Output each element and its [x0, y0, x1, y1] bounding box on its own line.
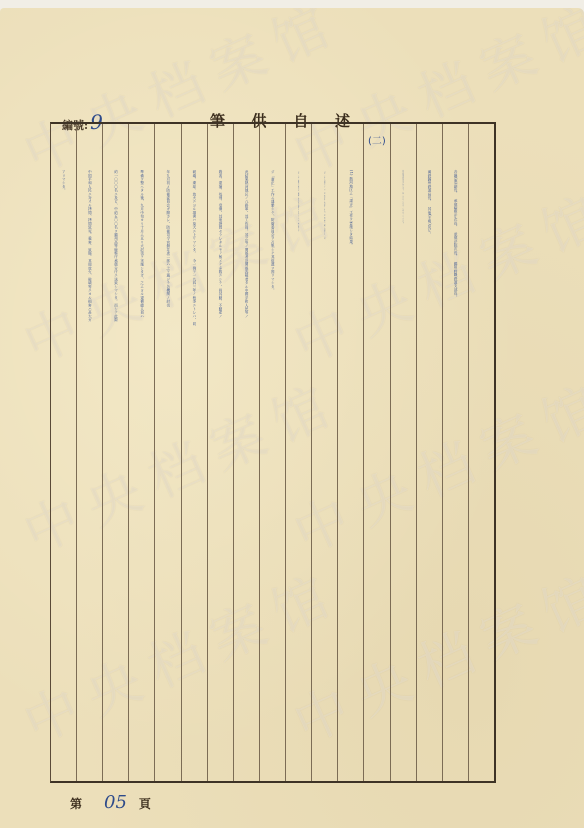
- column-text: 年九月初メ防衛委員会ガ開カレ、防衛司令官磐井虎二郎ハ之ヲ通ジテ各機関ノ討伐: [166, 124, 170, 781]
- text-column: 此結果熱河地区ノ八路軍、其工作員、其之等ノ関係者及関係容疑者タル中國平和人民等ノ: [233, 124, 259, 781]
- column-text: アリマシタ。: [62, 124, 66, 781]
- text-column: 年九月初メ防衛委員会ガ開カレ、防衛司令官磐井虎二郎ハ之ヲ通ジテ各機関ノ討伐: [154, 124, 180, 781]
- text-column: 準備ヲ整ヘタル後、九月中旬ヨリ十月ニ亘リ大討伐ヲ実施シタガ、之ニヨル逮捕總人員ハ: [128, 124, 154, 781]
- column-text: 満鉄錦州鉄道局長。 其他(不明)及ビ、: [427, 124, 431, 781]
- column-text: 約一〇〇〇名ニ及ビ、中約五〇〇名ヲ錦州高等檢察庁承德分庁ニ送致シマシタ。而シテ此…: [114, 124, 118, 781]
- document-page: 中央档案馆 中央档案馆 中央档案馆 中央档案馆 中央档案馆 中央档案馆 中央档案…: [0, 8, 584, 828]
- text-column: 破壊、棄却、放火ニヨル損害ハ莫大ニ上リマシタ。 今一例ヲ一九四三年ノ秋季ニトレバ…: [181, 124, 207, 781]
- text-column: 約一〇〇〇名ニ及ビ、中約五〇〇名ヲ錦州高等檢察庁承德分庁ニ送致シマシタ。而シテ此…: [102, 124, 128, 781]
- text-column: 錦州鉄道警護隊(旅)長 原 弘志 (一九四二年七月二九日ヨリ一九四五年三月一五日…: [390, 124, 416, 781]
- column-text: 「粛正」工作ハ防衛司令官磐井虎二郎指導ノ許ニ絶エズ実施セラレタルモノニシテ、彼ハ…: [298, 124, 299, 781]
- text-column: 満鉄錦州鉄道局長。 其他(不明)及ビ、: [416, 124, 442, 781]
- manuscript-grid: 各縣(旗)副長。 承德檢察庁次長。 承德法院次長。 錦州野戰鉄道支部長。満鉄錦州…: [50, 122, 496, 783]
- column-text: 錦州鉄道警護隊(旅)長 原 弘志 (一九四二年七月二九日ヨリ一九四五年三月一五日…: [402, 124, 403, 781]
- column-text: 破壊、棄却、放火ニヨル損害ハ莫大ニ上リマシタ。 今一例ヲ一九四三年ノ秋季ニトレバ…: [192, 124, 196, 781]
- page-prefix: 第: [70, 795, 82, 812]
- column-text: 準備ヲ整ヘタル後、九月中旬ヨリ十月ニ亘リ大討伐ヲ実施シタガ、之ニヨル逮捕總人員ハ: [140, 124, 144, 781]
- text-column: ジ「粛正」工作ニ連繋シテ、防衛委員会ヲ召集シテ其促進ヲ図リマシタ。: [259, 124, 285, 781]
- column-text: 此結果熱河地区ノ八路軍、其工作員、其之等ノ関係者及関係容疑者タル中國平和人民等ノ: [245, 124, 249, 781]
- text-column: 各縣(旗)副長。 承德檢察庁次長。 承德法院次長。 錦州野戰鉄道支部長。: [442, 124, 468, 781]
- text-column: (1) 熱河地区ニ「粛正」工作ヲ實施シタ結果。: [337, 124, 363, 781]
- column-text: 各縣(旗)副長。 承德檢察庁次長。 承德法院次長。 錦州野戰鉄道支部長。: [454, 124, 458, 781]
- column-text: 殺害、逮捕、処刑、受傷、其他拷問セラレタルモノ極メテ多数ニシテ、尚其動、不動產ノ: [218, 124, 222, 781]
- text-column: [468, 124, 494, 781]
- text-column: (二): [363, 124, 389, 781]
- text-column: アリマシタ。: [51, 124, 76, 781]
- page-suffix: 頁: [139, 795, 151, 812]
- text-column: 中国平和人民ニ対スル拷問、拷問致死、殺害、致傷、其他放火、破壊等ニヨル損害ハ甚大…: [76, 124, 102, 781]
- text-column: 殺害、逮捕、処刑、受傷、其他拷問セラレタルモノ極メテ多数ニシテ、尚其動、不動產ノ: [207, 124, 233, 781]
- page-number: 05: [104, 792, 127, 813]
- page-footer: 第 05 頁: [70, 792, 151, 813]
- column-text: 「粛正」工作ノ全期間ニ亘リ、全「満」各地区ヨリ派遣セラレタル日「満」軍、憲兵、警…: [324, 124, 325, 781]
- column-text: 中国平和人民ニ対スル拷問、拷問致死、殺害、致傷、其他放火、破壊等ニヨル損害ハ甚大…: [88, 124, 92, 781]
- section-mark: (二): [368, 132, 386, 147]
- column-text: ジ「粛正」工作ニ連繋シテ、防衛委員会ヲ召集シテ其促進ヲ図リマシタ。: [271, 124, 275, 781]
- text-column: 「粛正」工作ノ全期間ニ亘リ、全「満」各地区ヨリ派遣セラレタル日「満」軍、憲兵、警…: [311, 124, 337, 781]
- column-text: (1) 熱河地区ニ「粛正」工作ヲ實施シタ結果。: [349, 124, 353, 781]
- text-column: 「粛正」工作ハ防衛司令官磐井虎二郎指導ノ許ニ絶エズ実施セラレタルモノニシテ、彼ハ…: [285, 124, 311, 781]
